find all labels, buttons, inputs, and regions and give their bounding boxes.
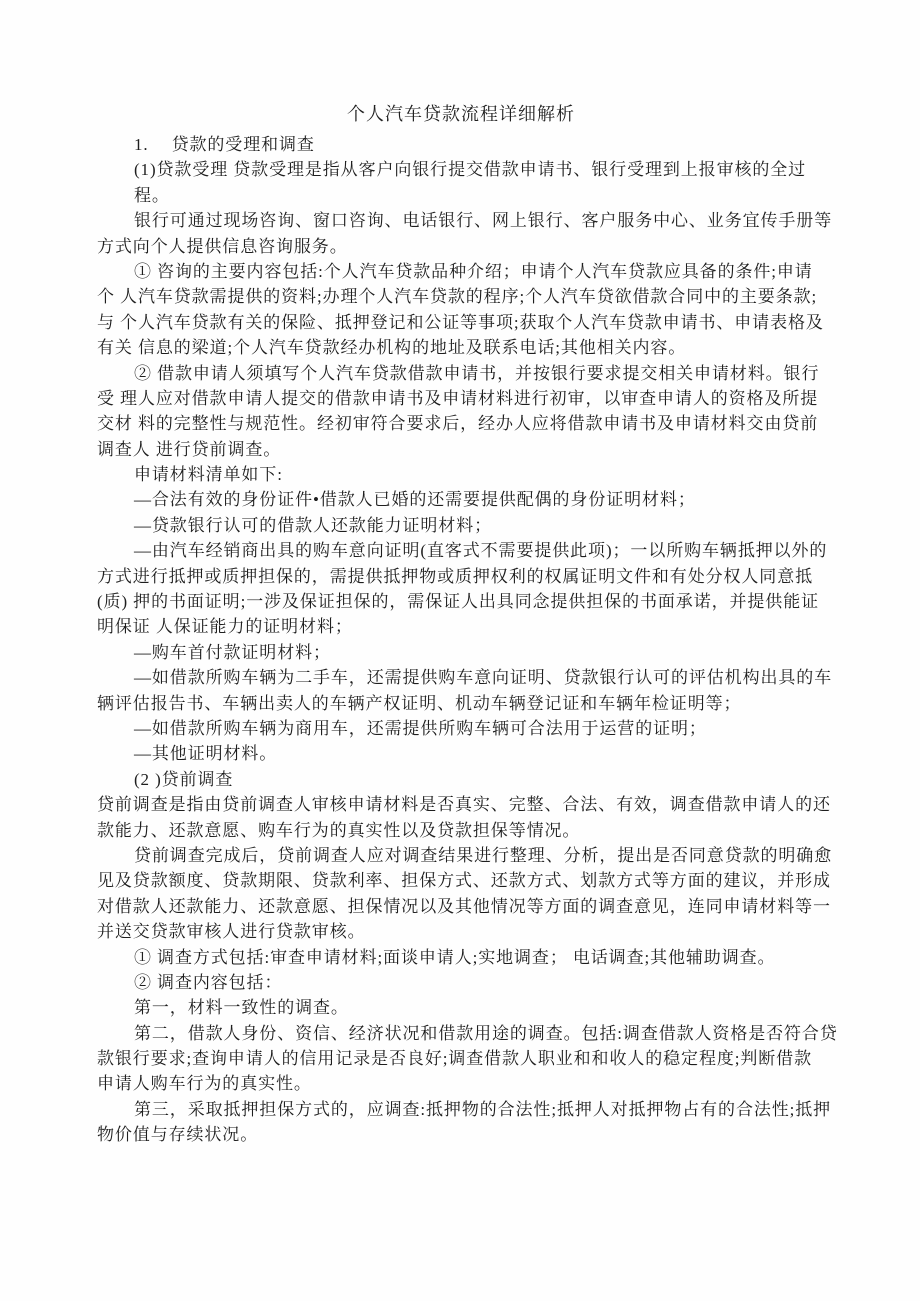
text-line: —如借款所购车辆为商用车，还需提供所购车辆可合法用于运营的证明； [97,716,837,741]
text-line: —贷款银行认可的借款人还款能力证明材料； [97,513,837,538]
text-line: 对借款人还款能力、还款意愿、担保情况以及其他情况等方面的调查意见，连同申请材料等… [97,894,837,919]
text-line: 银行可通过现场咨询、窗口咨询、电话银行、网上银行、客户服务中心、业务宜传手册等 [97,208,837,233]
text-line: 第一，材料一致性的调查。 [97,995,837,1020]
text-line: 第二，借款人身份、资信、经济状况和借款用途的调查。包括:调查借款人资格是否符合贷 [97,1021,837,1046]
text-line: ② 调查内容包括： [97,970,837,995]
document-body: 1. 贷款的受理和调查(1)贷款受理 贷款受理是指从客户向银行提交借款申请书、银… [97,132,837,1148]
text-line: 并送交贷款审核人进行贷款审核。 [97,919,837,944]
text-line: —由汽车经销商出具的购车意向证明(直客式不需要提供此项)；一以所购车辆抵押以外的 [97,538,837,563]
text-line: 程。 [97,183,837,208]
text-line: 贷前调查是指由贷前调查人审核申请材料是否真实、完整、合法、有效，调查借款申请人的… [97,792,837,817]
document-page: { "document": { "title": "个人汽车贷款流程详细解析",… [0,0,920,1301]
text-line: 申请材料清单如下: [97,462,837,487]
text-line: 交材 料的完整性与规范性。经初审符合要求后，经办人应将借款申请书及申请材料交由贷… [97,411,837,436]
page-background: 个人汽车贷款流程详细解析 1. 贷款的受理和调查(1)贷款受理 贷款受理是指从客… [0,0,920,1301]
text-line: 物价值与存续状况。 [97,1122,837,1147]
text-line: 有关 信息的梁道;个人汽车贷款经办机构的地址及联系电话;其他相关内容。 [97,335,837,360]
text-line: 款能力、还款意愿、购车行为的真实性以及贷款担保等情况。 [97,818,837,843]
text-line: 见及贷款额度、贷款期限、贷款利率、担保方式、还款方式、划款方式等方面的建议，并形… [97,868,837,893]
text-line: 贷前调查完成后，贷前调查人应对调查结果进行整理、分析，提出是否同意贷款的明确愈 [97,843,837,868]
text-line: 方式向个人提供信息咨询服务。 [97,234,837,259]
text-line: 第三，采取抵押担保方式的，应调查:抵押物的合法性;抵押人对抵押物占有的合法性;抵… [97,1097,837,1122]
text-line: ① 调查方式包括:审查申请材料;面谈申请人;实地调查； 电话调查;其他辅助调查。 [97,945,837,970]
text-line: —如借款所购车辆为二手车，还需提供购车意向证明、贷款银行认可的评估机构出具的车 [97,665,837,690]
document-title: 个人汽车贷款流程详细解析 [97,100,825,128]
text-line: (质) 押的书面证明;一涉及保证担保的，需保证人出具同念提供担保的书面承诺，并提… [97,589,837,614]
text-line: ② 借款申请人须填写个人汽车贷款借款申请书，并按银行要求提交相关申请材料。银行 [97,361,837,386]
text-line: —购车首付款证明材料； [97,640,837,665]
text-line: 申请人购车行为的真实性。 [97,1071,837,1096]
text-line: (2 )贷前调查 [97,767,837,792]
text-line: ① 咨询的主要内容包括:个人汽车贷款品种介绍；申请个人汽车贷款应具备的条件;申请 [97,259,837,284]
text-line: 1. 贷款的受理和调查 [97,132,837,157]
text-line: 调查人 进行贷前调查。 [97,437,837,462]
text-line: 方式进行抵押或质押担保的，需提供抵押物或质押权利的权属证明文件和有处分权人同意抵 [97,564,837,589]
text-line: —其他证明材料。 [97,741,837,766]
text-line: 款银行要求;查询申请人的信用记录是否良好;调查借款人职业和和收人的稳定程度;判断… [97,1046,837,1071]
text-line: 明保证 人保证能力的证明材料； [97,614,837,639]
text-line: 与 个人汽车贷款有关的保险、抵押登记和公证等事项;获取个人汽车贷款申请书、申请表… [97,310,837,335]
text-line: (1)贷款受理 贷款受理是指从客户向银行提交借款申请书、银行受理到上报审核的全过 [97,157,837,182]
text-line: 个 人汽车贷款需提供的资料;办理个人汽车贷款的程序;个人汽车贷欲借款合同中的主要… [97,284,837,309]
text-line: 辆评估报告书、车辆出卖人的车辆产权证明、机动车辆登记证和车辆年检证明等； [97,691,837,716]
text-line: —合法有效的身份证件•借款人已婚的还需要提供配偶的身份证明材料； [97,487,837,512]
text-line: 受 理人应对借款申请人提交的借款申请书及申请材料进行初审，以审查申请人的资格及所… [97,386,837,411]
